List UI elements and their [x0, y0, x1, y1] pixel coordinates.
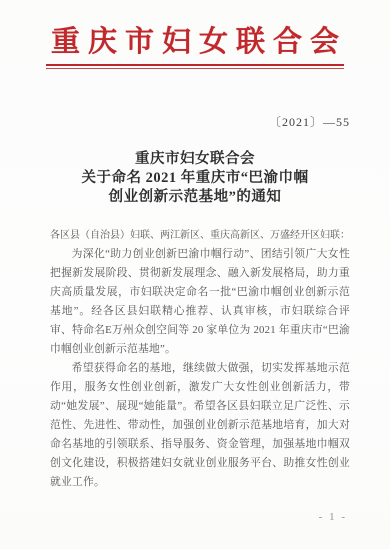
salutation-line: 各区县（自治县）妇联、两江新区、重庆高新区、万盛经开区妇联： [50, 226, 350, 245]
body-paragraph-1: 为深化“助力创业创新巴渝巾帼行动”、团结引领广大女性把握新发展阶段、贯彻新发展理… [50, 245, 350, 359]
body-paragraph-2: 希望获得命名的基地，继续做大做强，切实发挥基地示范作用，服务女性创业创新，激发广… [50, 359, 350, 492]
letterhead-divider-line [46, 64, 344, 69]
notice-title-line-2: 关于命名 2021 年重庆市“巴渝巾帼 [0, 169, 390, 188]
notice-title-line-3: 创业创新示范基地”的通知 [0, 188, 390, 207]
letterhead-org-name: 重庆市妇女联合会 [0, 25, 390, 60]
document-body: 各区县（自治县）妇联、两江新区、重庆高新区、万盛经开区妇联： 为深化“助力创业创… [0, 226, 390, 492]
page-number: - 1 - [319, 511, 347, 523]
doc-number: 〔2021〕—55 [0, 115, 390, 129]
official-document-page: 重庆市妇女联合会 〔2021〕—55 重庆市妇女联合会 关于命名 2021 年重… [0, 0, 390, 549]
notice-title-line-1: 重庆市妇女联合会 [0, 150, 390, 169]
notice-title: 重庆市妇女联合会 关于命名 2021 年重庆市“巴渝巾帼 创业创新示范基地”的通… [0, 150, 390, 207]
